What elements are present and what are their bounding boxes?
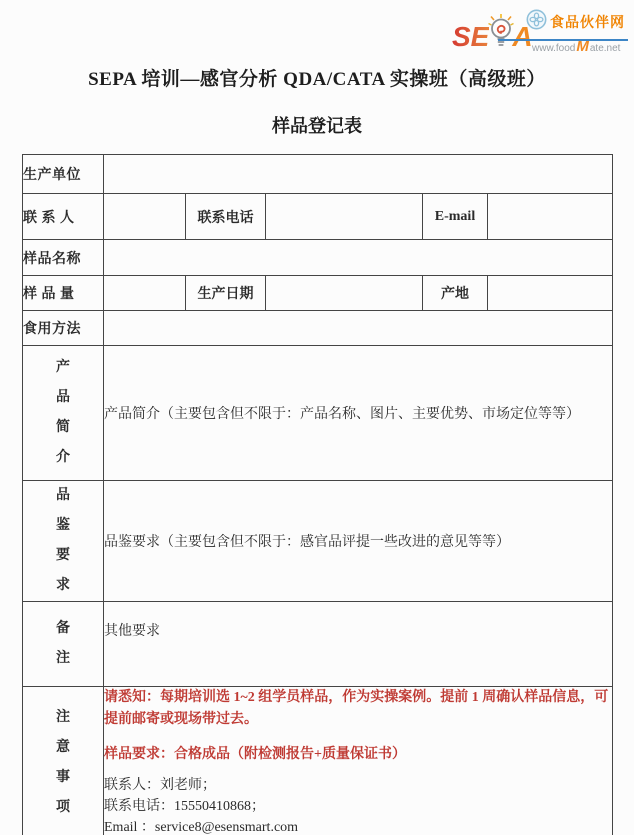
- eating-method-value-cell[interactable]: [104, 311, 613, 346]
- product-intro-cell[interactable]: 产品简介（主要包含但不限于：产品名称、图片、主要优势、市场定位等等）: [104, 346, 613, 481]
- notes-contact-phone: 联系电话：15550410868；: [104, 796, 612, 817]
- tasting-requirements-cell[interactable]: 品鉴要求（主要包含但不限于：感官品评提一些改进的意见等等）: [104, 481, 613, 602]
- sample-quantity-label: 样 品 量: [23, 276, 104, 311]
- notes-label: 注意事项: [23, 687, 104, 835]
- notes-notice-1: 请悉知：每期培训选 1~2 组学员样品，作为实操案例。提前 1 周确认样品信息，…: [104, 687, 612, 730]
- page-subtitle: 样品登记表: [0, 112, 634, 138]
- production-date-label: 生产日期: [186, 276, 266, 311]
- remarks-label: 备注: [23, 602, 104, 687]
- contact-person-value-cell[interactable]: [104, 194, 186, 240]
- product-intro-hint: 产品简介（主要包含但不限于：产品名称、图片、主要优势、市场定位等等）: [104, 407, 580, 422]
- foodmate-logo: SE A: [450, 6, 630, 58]
- product-intro-label: 产品简介: [23, 346, 104, 481]
- remarks-label-text: 备注: [56, 614, 70, 674]
- sample-quantity-value-cell[interactable]: [104, 276, 186, 311]
- contact-phone-label: 联系电话: [186, 194, 266, 240]
- notes-contact-email: Email ：service8@esensmart.com: [104, 817, 612, 835]
- contact-phone-value-cell[interactable]: [266, 194, 423, 240]
- row-sample-quantity: 样 品 量 生产日期 产地: [23, 276, 613, 311]
- email-value-cell[interactable]: [488, 194, 613, 240]
- logo-divider-line: [498, 39, 628, 41]
- site-url-suffix: ate.net: [590, 43, 621, 54]
- notes-contact-person: 联系人：刘老师；: [104, 775, 612, 796]
- site-url: www.food M ate.net: [532, 42, 620, 54]
- tasting-requirements-hint: 品鉴要求（主要包含但不限于：感官品评提一些改进的意见等等）: [104, 535, 510, 550]
- document-page: SE A: [0, 0, 634, 835]
- notes-notice-2: 样品要求：合格成品（附检测报告+质量保证书）: [104, 744, 612, 766]
- production-date-value-cell[interactable]: [266, 276, 423, 311]
- row-contact: 联 系 人 联系电话 E-mail: [23, 194, 613, 240]
- contact-person-label: 联 系 人: [23, 194, 104, 240]
- site-name-row: 食品伙伴网: [526, 9, 625, 35]
- site-name-text: 食品伙伴网: [550, 12, 625, 32]
- row-remarks: 备注 其他要求: [23, 602, 613, 687]
- site-url-prefix: www.food: [532, 43, 575, 54]
- row-product-intro: 产品简介 产品简介（主要包含但不限于：产品名称、图片、主要优势、市场定位等等）: [23, 346, 613, 481]
- remarks-hint: 其他要求: [104, 624, 160, 639]
- product-intro-label-text: 产品简介: [56, 353, 70, 473]
- sepa-se-text: SE: [452, 23, 489, 51]
- site-url-m: M: [576, 42, 589, 53]
- lightbulb-icon: [488, 14, 514, 52]
- production-unit-label: 生产单位: [23, 155, 104, 194]
- foodmate-stamp-icon: [526, 9, 547, 35]
- tasting-requirements-label-text: 品鉴要求: [56, 481, 70, 601]
- origin-label: 产地: [423, 276, 488, 311]
- notes-contact-block: 联系人：刘老师； 联系电话：15550410868； Email ：servic…: [104, 775, 612, 835]
- email-label: E-mail: [423, 194, 488, 240]
- tasting-requirements-label: 品鉴要求: [23, 481, 104, 602]
- eating-method-label: 食用方法: [23, 311, 104, 346]
- sepa-wordmark: SE A: [452, 14, 533, 51]
- sample-name-value-cell[interactable]: [104, 240, 613, 276]
- sample-name-label: 样品名称: [23, 240, 104, 276]
- row-tasting-requirements: 品鉴要求 品鉴要求（主要包含但不限于：感官品评提一些改进的意见等等）: [23, 481, 613, 602]
- row-eating-method: 食用方法: [23, 311, 613, 346]
- notes-label-text: 注意事项: [56, 703, 70, 823]
- notes-cell: 请悉知：每期培训选 1~2 组学员样品，作为实操案例。提前 1 周确认样品信息，…: [104, 687, 613, 835]
- row-sample-name: 样品名称: [23, 240, 613, 276]
- production-unit-value-cell[interactable]: [104, 155, 613, 194]
- row-production-unit: 生产单位: [23, 155, 613, 194]
- remarks-cell[interactable]: 其他要求: [104, 602, 613, 687]
- origin-value-cell[interactable]: [488, 276, 613, 311]
- registration-table: 生产单位 联 系 人 联系电话 E-mail 样品名称 样 品 量 生产日期: [22, 154, 613, 835]
- row-notes: 注意事项 请悉知：每期培训选 1~2 组学员样品，作为实操案例。提前 1 周确认…: [23, 687, 613, 835]
